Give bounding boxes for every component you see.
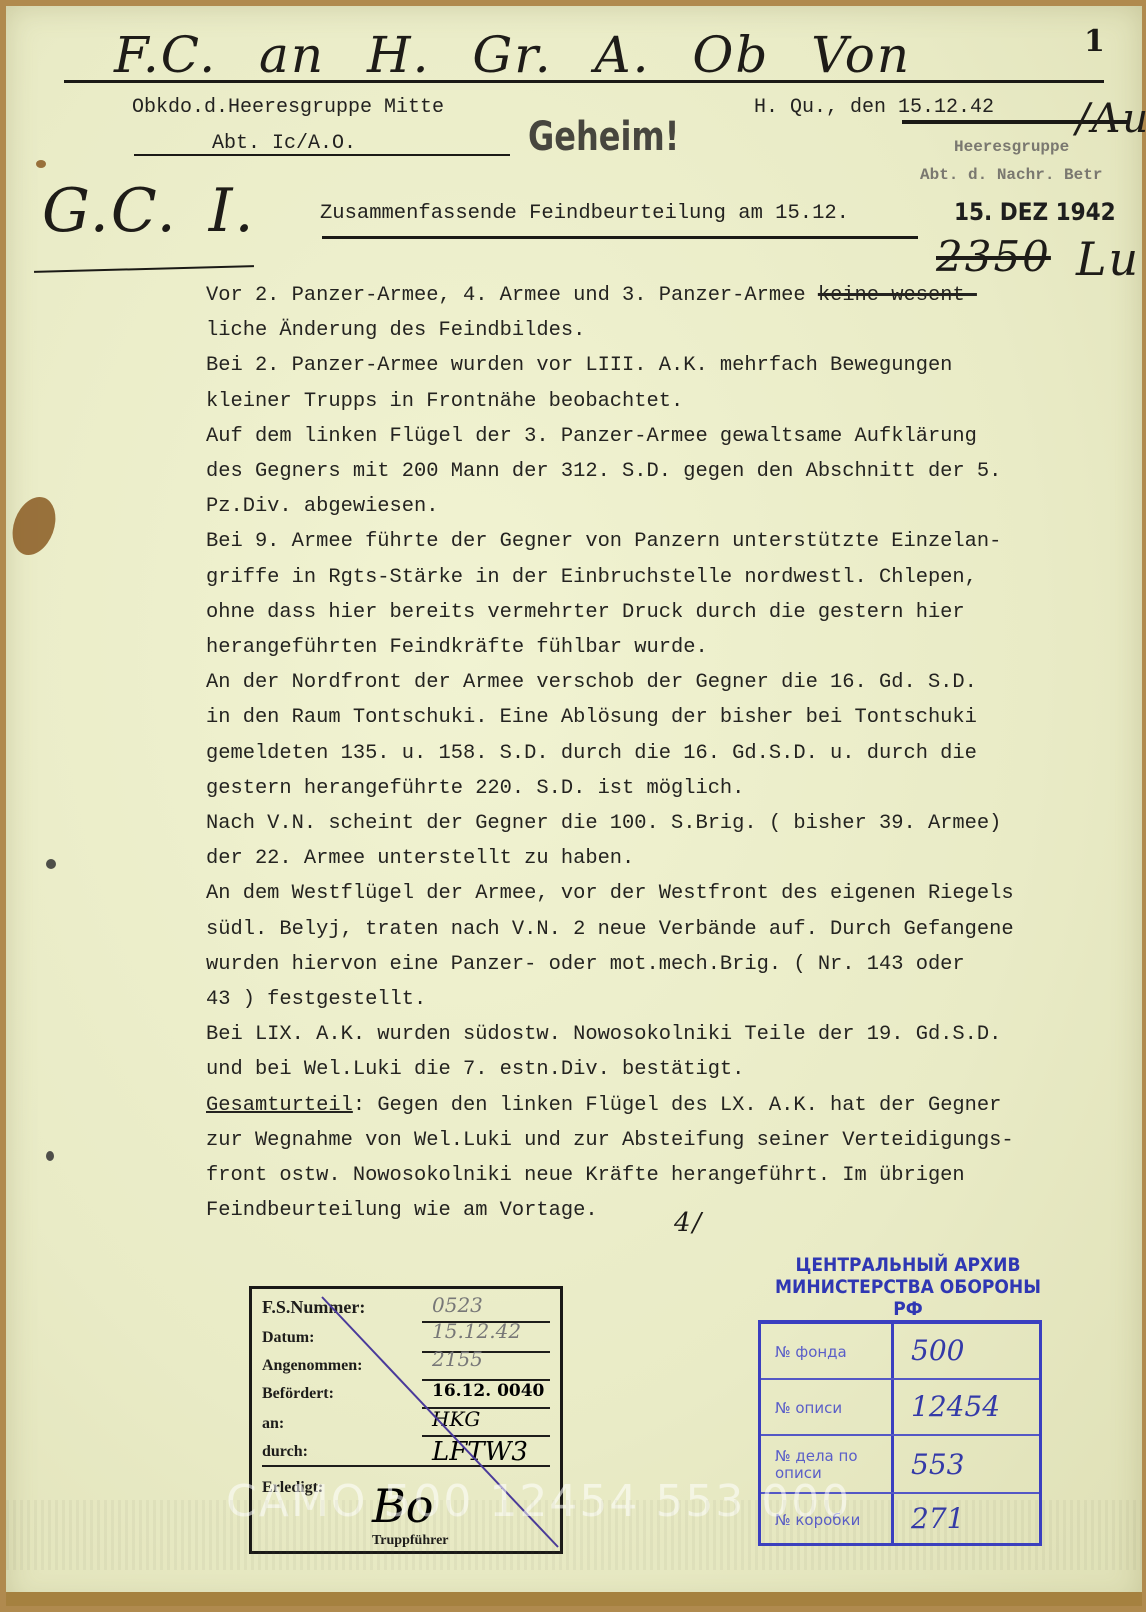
body-line: zur Wegnahme von Wel.Luki und zur Abstei… (206, 1123, 1136, 1158)
body-line: liche Änderung des Feindbildes. (206, 313, 1136, 348)
archive-watermark: CAMO 500 12454 553 000 (226, 1476, 851, 1527)
body-line: An dem Westflügel der Armee, vor der Wes… (206, 876, 1136, 911)
closing-initials: 4/ (674, 1208, 703, 1238)
archive-value: 12454 (911, 1390, 1000, 1423)
body-line: kleiner Trupps in Frontnähe beobachtet. (206, 384, 1136, 419)
document-title: Zusammenfassende Feindbeurteilung am 15.… (320, 202, 849, 225)
body-line: Gesamturteil: Gegen den linken Flügel de… (206, 1088, 1136, 1123)
archive-value: 500 (911, 1334, 964, 1367)
body-line: Auf dem linken Flügel der 3. Panzer-Arme… (206, 419, 1136, 454)
page-number: 1 (1084, 24, 1105, 59)
place-date: H. Qu., den 15.12.42 (754, 96, 994, 119)
fs-transmission-stamp: F.S.Nummer: 0523 Datum: 15.12.42 Angenom… (249, 1286, 563, 1554)
body-line: gemeldeten 135. u. 158. S.D. durch die 1… (206, 736, 1136, 771)
sender-line-2: Abt. Ic/A.O. (212, 132, 356, 155)
archive-stamp-title: ЦЕНТРАЛЬНЫЙ АРХИВ МИНИСТЕРСТВА ОБОРОНЫ Р… (758, 1254, 1058, 1320)
struck-text: keine wesent- (818, 284, 977, 307)
paper-stain (46, 1151, 54, 1161)
fs-footer: Truppführer (372, 1533, 449, 1549)
body-line: Vor 2. Panzer-Armee, 4. Armee und 3. Pan… (206, 278, 1136, 313)
body-line: An der Nordfront der Armee verschob der … (206, 665, 1136, 700)
body-line: Bei 9. Armee führte der Gegner von Panze… (206, 524, 1136, 559)
body-line: und bei Wel.Luki die 7. estn.Div. bestät… (206, 1052, 1136, 1087)
sender-rule (134, 154, 510, 156)
archive-label: № коробки (775, 1512, 860, 1529)
classification-stamp: Geheim! (528, 114, 679, 160)
body-line: der 22. Armee unterstellt zu haben. (206, 841, 1136, 876)
archive-row: № описи 12454 (761, 1380, 1039, 1436)
handwritten-margin-note: G.C. I. (42, 176, 256, 246)
body-line: Nach V.N. scheint der Gegner die 100. S.… (206, 806, 1136, 841)
archive-value: 553 (911, 1448, 964, 1481)
archive-value: 271 (911, 1502, 964, 1535)
body-line: in den Raum Tontschuki. Eine Ablösung de… (206, 700, 1136, 735)
archive-stamp: № фонда 500 № описи 12454 № дела по опис… (758, 1320, 1042, 1546)
body-line: 43 ) festgestellt. (206, 982, 1136, 1017)
body-line: griffe in Rgts-Stärke in der Einbruchste… (206, 560, 1136, 595)
archive-label: № описи (775, 1400, 842, 1417)
handwritten-number: 2350 (936, 232, 1051, 281)
received-date-stamp: 15. DEZ 1942 (954, 198, 1116, 226)
paper-stain (46, 859, 56, 869)
body-line: Bei LIX. A.K. wurden südostw. Nowosokoln… (206, 1017, 1136, 1052)
faded-stamp-line-2: Abt. d. Nachr. Betr (920, 166, 1102, 184)
faded-stamp-line-1: Heeresgruppe (954, 138, 1069, 156)
paper-stain (36, 160, 46, 168)
body-line: Feindbeurteilung wie am Vortage. (206, 1193, 1136, 1228)
body-line: herangeführten Feindkräfte fühlbar wurde… (206, 630, 1136, 665)
header-rule (64, 80, 1104, 83)
summary-label: Gesamturteil (206, 1094, 353, 1117)
archive-label: № фонда (775, 1344, 847, 1361)
margin-rule (34, 265, 254, 273)
archive-title-line-1: ЦЕНТРАЛЬНЫЙ АРХИВ (758, 1254, 1058, 1276)
body-line: gestern herangeführte 220. S.D. ist mögl… (206, 771, 1136, 806)
frame-edge (6, 1592, 1142, 1606)
report-body: Vor 2. Panzer-Armee, 4. Armee und 3. Pan… (206, 278, 1136, 1228)
paper-stain (5, 491, 63, 561)
body-line: Bei 2. Panzer-Armee wurden vor LIII. A.K… (206, 348, 1136, 383)
archive-title-line-2: МИНИСТЕРСТВА ОБОРОНЫ РФ (758, 1276, 1058, 1320)
handwritten-header: F.C. an H. Gr. A. Ob Von (114, 26, 911, 84)
handwritten-initial-top: /Au (1076, 96, 1146, 142)
body-line: des Gegners mit 200 Mann der 312. S.D. g… (206, 454, 1136, 489)
archive-row: № фонда 500 (761, 1324, 1039, 1380)
document-page: F.C. an H. Gr. A. Ob Von 1 Obkdo.d.Heere… (6, 6, 1142, 1606)
body-line: front ostw. Nowosokolniki neue Kräfte he… (206, 1158, 1136, 1193)
diagonal-strike (252, 1289, 560, 1551)
body-line: Pz.Div. abgewiesen. (206, 489, 1136, 524)
body-line: ohne dass hier bereits vermehrter Druck … (206, 595, 1136, 630)
title-rule (322, 236, 918, 239)
sender-line-1: Obkdo.d.Heeresgruppe Mitte (132, 96, 444, 119)
body-line: wurden hiervon eine Panzer- oder mot.mec… (206, 947, 1136, 982)
archive-row: № коробки 271 (761, 1494, 1039, 1546)
body-line: südl. Belyj, traten nach V.N. 2 neue Ver… (206, 912, 1136, 947)
